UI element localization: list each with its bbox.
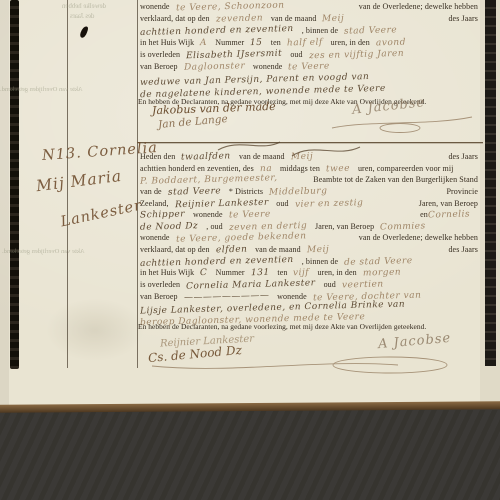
handwritten-entry: te Veere, goede bekenden bbox=[175, 232, 306, 245]
handwritten-entry: Middelburg bbox=[269, 186, 328, 198]
closing-formula: En hebben de Declaranten, na gedane voor… bbox=[138, 322, 484, 331]
form-line: van destad Veere* DistrictsMiddelburgPro… bbox=[140, 187, 478, 199]
handwritten-entry: avond bbox=[376, 38, 406, 49]
handwritten-entry: half elf bbox=[287, 38, 323, 49]
handwritten-entry: vier en zestig bbox=[294, 198, 363, 210]
handwritten-entry: na bbox=[260, 163, 272, 173]
printed-form-text: uren, in den bbox=[318, 268, 357, 277]
printed-form-text: Nummer bbox=[215, 38, 244, 47]
handwritten-entry: achttien honderd en zeventien bbox=[140, 255, 294, 269]
handwritten-entry: Reijnier Lankester bbox=[174, 197, 268, 209]
form-line: Schipperwonendete VeereenCornelis bbox=[140, 210, 478, 222]
printed-form-text: van Beroep bbox=[140, 62, 178, 71]
form-line: in het Huis WijkANummer15tenhalf elfuren… bbox=[140, 38, 478, 50]
printed-form-text: wonende bbox=[140, 2, 170, 11]
printed-form-text: van de maand bbox=[255, 245, 301, 254]
handwritten-entry: 15 bbox=[250, 38, 263, 48]
printed-form-text: Provincie bbox=[446, 187, 478, 196]
form-line: achttien honderd en zeventien, binnen de… bbox=[140, 26, 478, 38]
form-line: is overledenElisabeth IJsersmitoudzes en… bbox=[140, 50, 478, 62]
form-line: verklaard, dat op denzevendenvan de maan… bbox=[140, 14, 478, 26]
form-line: Zeeland,Reijnier Lankesteroudvier en zes… bbox=[140, 199, 478, 211]
printed-form-text: Nummer bbox=[216, 268, 245, 277]
handwritten-entry: C bbox=[200, 268, 208, 278]
form-line: achttien honderd en zeventien, binnen de… bbox=[140, 257, 478, 269]
printed-form-text: oud bbox=[276, 199, 288, 208]
printed-form-text: oud bbox=[290, 50, 302, 59]
handwritten-entry: twaalfden bbox=[181, 151, 231, 162]
printed-form-text: Beambte tot de Zaken van den Burgerlijke… bbox=[313, 175, 478, 184]
printed-form-text: Jaren, van Beroep bbox=[419, 199, 478, 208]
handwritten-entry: stad Veere bbox=[344, 25, 397, 36]
printed-form-text: van de bbox=[140, 187, 162, 196]
printed-form-text: * Districts bbox=[229, 187, 263, 196]
form-line: P. Boddaert, Burgemeester,Beambte tot de… bbox=[140, 175, 478, 187]
form-line: wonendete Veere, goede bekendenvan de Ov… bbox=[140, 233, 478, 245]
handwritten-entry: A bbox=[200, 38, 207, 48]
bleed-through-text: dewelke hebben bbox=[62, 3, 106, 10]
printed-form-text: verklaard, dat op den bbox=[140, 14, 210, 23]
printed-form-text: des Jaars bbox=[448, 152, 478, 161]
handwritten-entry: Commies bbox=[380, 221, 426, 232]
printed-form-text: Zeeland, bbox=[140, 199, 169, 208]
handwritten-entry: morgen bbox=[363, 268, 401, 279]
printed-form-text: wonende bbox=[140, 233, 170, 242]
bleed-through-text: des Jaars bbox=[70, 13, 94, 20]
printed-form-text: middags ten bbox=[280, 164, 320, 173]
handwritten-entry: de Nood Dz bbox=[140, 221, 198, 233]
form-line: verklaard, dat op denelfdenvan de maandM… bbox=[140, 245, 478, 257]
handwritten-entry: Dagloonster bbox=[184, 62, 245, 74]
printed-form-text: , binnen de bbox=[302, 257, 338, 266]
printed-form-text: , oud bbox=[206, 222, 223, 231]
printed-form-text: Heden den bbox=[140, 152, 175, 161]
handwritten-entry: P. Boddaert, Burgemeester, bbox=[140, 173, 278, 187]
handwritten-entry: veertien bbox=[342, 280, 384, 291]
printed-form-text: Jaren, van Beroep bbox=[315, 222, 374, 231]
handwritten-entry: zes en vijftig Jaren bbox=[309, 49, 404, 61]
handwritten-entry: stad Veere bbox=[168, 186, 221, 197]
handwritten-entry: Schipper bbox=[140, 210, 185, 221]
scanner-background bbox=[0, 410, 500, 500]
printed-form-text: wonende bbox=[193, 210, 223, 219]
printed-form-text: des Jaars bbox=[448, 14, 478, 23]
page-block-edge-right bbox=[485, 0, 496, 366]
form-line: de Nood Dz, oudzeven en dertigJaren, van… bbox=[140, 222, 478, 234]
printed-form-text: uren, compareerden voor mij bbox=[358, 164, 454, 173]
printed-form-text: van de Overledene; dewelke hebben bbox=[359, 233, 478, 242]
form-line: is overledenCornelia Maria Lankesteroudv… bbox=[140, 280, 478, 292]
death-act-partial: wonendete Veere, Schoonzoonvan de Overle… bbox=[140, 2, 478, 99]
record-divider-line bbox=[137, 142, 483, 143]
printed-form-text: , binnen de bbox=[302, 26, 338, 35]
death-act-no-13: Heden dentwaalfdenvan de maandMeijdes Ja… bbox=[140, 152, 478, 327]
handwritten-entry: 131 bbox=[251, 268, 270, 278]
printed-form-text: des Jaars bbox=[448, 245, 478, 254]
printed-form-text: verklaard, dat op den bbox=[140, 245, 210, 254]
handwritten-entry: twee bbox=[326, 163, 350, 174]
printed-form-text: van de maand bbox=[271, 14, 317, 23]
printed-form-text: en bbox=[420, 210, 428, 219]
printed-form-text: wonende bbox=[253, 62, 283, 71]
handwritten-entry: te Veere, Schoonzoon bbox=[175, 1, 284, 14]
handwritten-entry: te Veere bbox=[229, 210, 271, 221]
handwritten-entry: Cornelia Maria Lankester bbox=[186, 278, 316, 291]
handwritten-entry: Meij bbox=[307, 245, 329, 256]
handwritten-entry: de stad Veere bbox=[344, 256, 413, 268]
printed-form-text: oud bbox=[324, 280, 336, 289]
printed-form-text: is overleden bbox=[140, 50, 180, 59]
printed-form-text: in het Huis Wijk bbox=[140, 38, 194, 47]
handwritten-entry: Meij bbox=[322, 14, 344, 25]
handwritten-entry: zevenden bbox=[216, 13, 263, 24]
form-line: wonendete Veere, Schoonzoonvan de Overle… bbox=[140, 2, 478, 14]
handwritten-entry: ————————— bbox=[184, 291, 270, 303]
printed-form-text: van de Overledene; dewelke hebben bbox=[359, 2, 478, 11]
printed-form-text: achttien honderd en zeventien, des bbox=[140, 164, 254, 173]
printed-form-text: ten bbox=[271, 38, 281, 47]
printed-form-text: van de maand bbox=[239, 152, 285, 161]
binding-edge bbox=[10, 0, 19, 369]
printed-form-text: is overleden bbox=[140, 280, 180, 289]
printed-form-text: uren, in den bbox=[331, 38, 370, 47]
printed-form-text: ten bbox=[277, 268, 287, 277]
printed-form-text: wonende bbox=[277, 292, 307, 301]
form-line: Heden dentwaalfdenvan de maandMeijdes Ja… bbox=[140, 152, 478, 164]
handwritten-entry: achttien honderd en zeventien bbox=[140, 24, 294, 38]
form-left-rule-line bbox=[137, 0, 138, 368]
printed-form-text: van Beroep bbox=[140, 292, 178, 301]
handwritten-entry: vijf bbox=[293, 268, 309, 278]
handwritten-entry: te Veere bbox=[288, 62, 330, 73]
handwritten-entry: Elisabeth IJsersmit bbox=[186, 49, 282, 62]
handwritten-entry: elfden bbox=[216, 245, 248, 256]
bleed-through-text: Akte van Overlijden geteekend. bbox=[0, 86, 83, 93]
scanned-register-page: dewelke hebben des Jaars Akte van Overli… bbox=[0, 0, 500, 500]
form-line: achttien honderd en zeventien, desnamidd… bbox=[140, 164, 478, 176]
handwritten-entry: Cornelis bbox=[428, 210, 470, 221]
printed-form-text: in het Huis Wijk bbox=[140, 268, 194, 277]
handwritten-entry: Meij bbox=[291, 152, 313, 163]
bleed-through-text: Akte van Overlijden geteekend. bbox=[2, 248, 85, 255]
